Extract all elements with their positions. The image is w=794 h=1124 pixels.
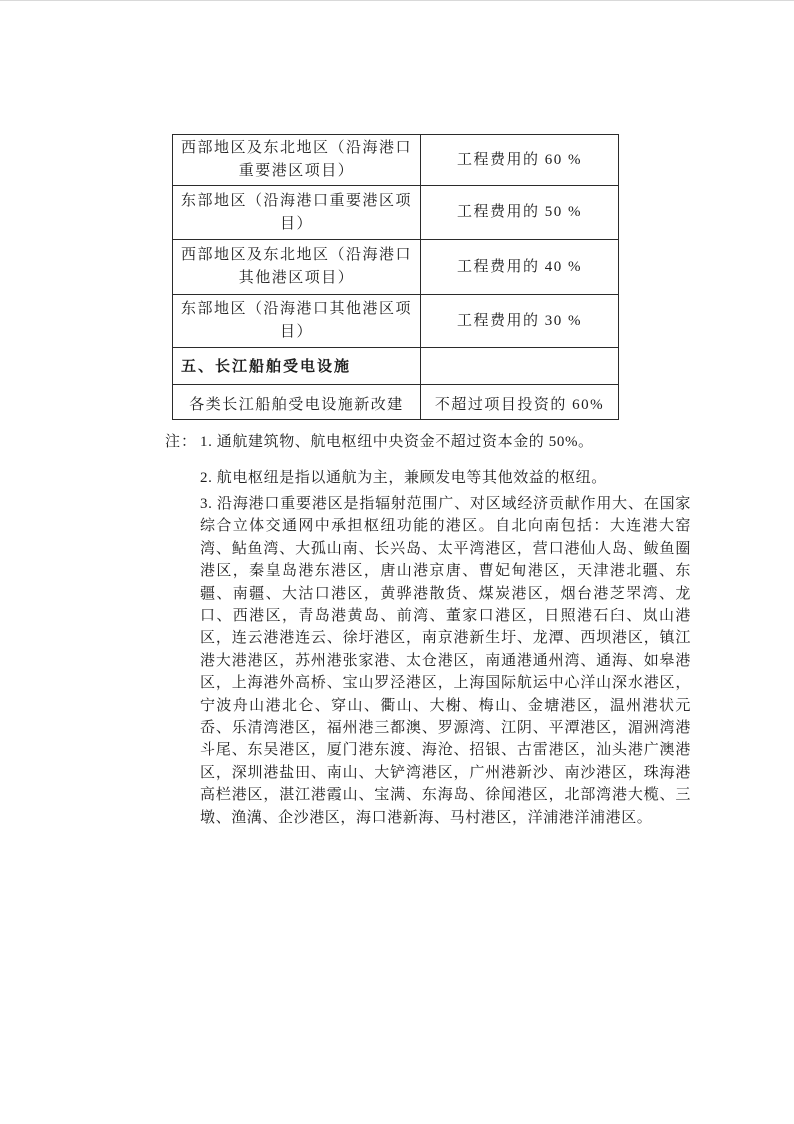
rate-cell: 不超过项目投资的 60% [421,385,619,420]
rate-cell: 工程费用的 60 % [421,135,619,186]
note-item-3-port-list: 3. 沿海港口重要港区是指辐射范围广、对区域经济贡献作用大、在国家综合立体交通网… [200,493,691,829]
table-row: 东部地区（沿海港口重要港区项目） 工程费用的 50 % [173,186,619,240]
table-row: 东部地区（沿海港口其他港区项目） 工程费用的 30 % [173,295,619,348]
region-cell: 东部地区（沿海港口重要港区项目） [173,186,421,240]
table-row: 西部地区及东北地区（沿海港口其他港区项目） 工程费用的 40 % [173,240,619,295]
document-page: 西部地区及东北地区（沿海港口重要港区项目） 工程费用的 60 % 东部地区（沿海… [0,0,794,1124]
table-row: 各类长江船舶受电设施新改建 不超过项目投资的 60% [173,385,619,420]
rate-cell: 工程费用的 50 % [421,186,619,240]
subsidy-rate-table: 西部地区及东北地区（沿海港口重要港区项目） 工程费用的 60 % 东部地区（沿海… [172,134,619,420]
empty-cell [421,348,619,385]
rate-cell: 工程费用的 30 % [421,295,619,348]
section-header-cell: 五、长江船舶受电设施 [173,348,421,385]
rate-cell: 工程费用的 40 % [421,240,619,295]
table-section-header-row: 五、长江船舶受电设施 [173,348,619,385]
region-cell: 东部地区（沿海港口其他港区项目） [173,295,421,348]
note-item-2: 2. 航电枢纽是指以通航为主，兼顾发电等其他效益的枢纽。 [200,467,691,489]
region-cell: 西部地区及东北地区（沿海港口其他港区项目） [173,240,421,295]
note-item-1: 1. 通航建筑物、航电枢纽中央资金不超过资本金的 50%。 [200,431,691,453]
region-cell: 西部地区及东北地区（沿海港口重要港区项目） [173,135,421,186]
notes-label: 注： [165,431,197,453]
table-row: 西部地区及东北地区（沿海港口重要港区项目） 工程费用的 60 % [173,135,619,186]
region-cell: 各类长江船舶受电设施新改建 [173,385,421,420]
